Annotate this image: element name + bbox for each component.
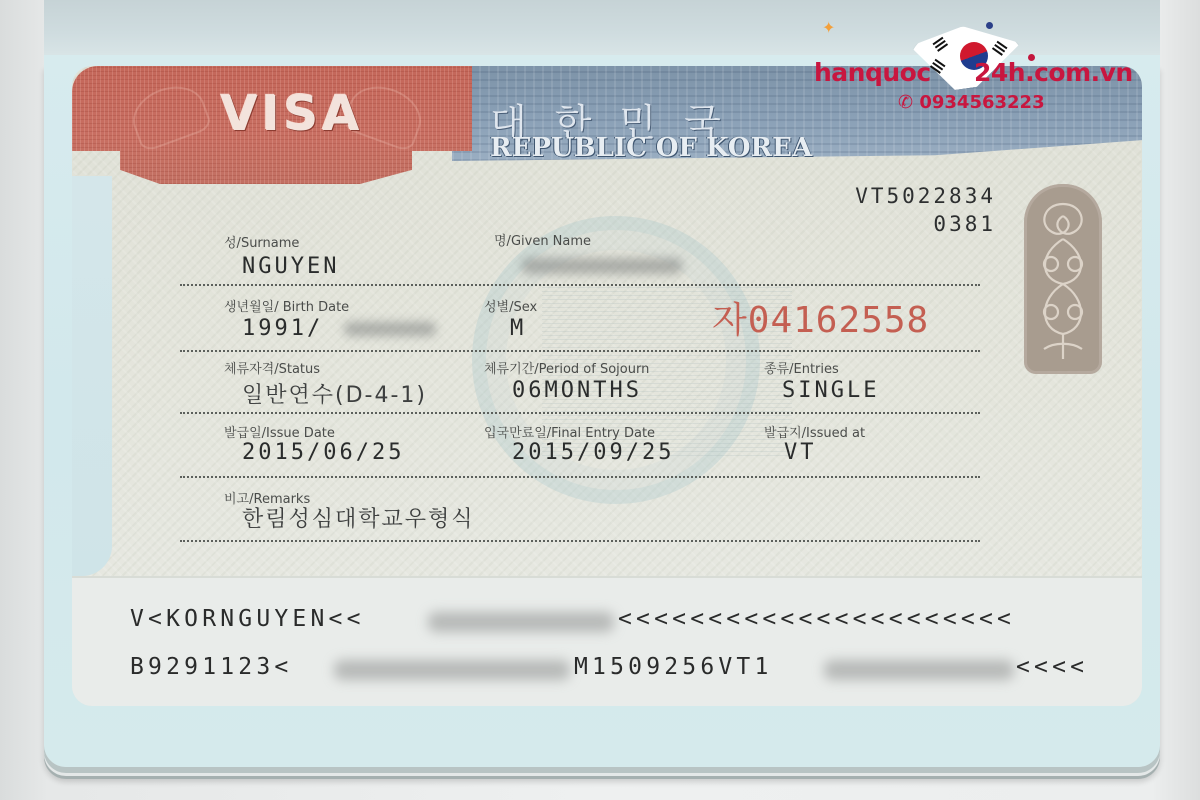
status-label: 체류자격/Status bbox=[224, 358, 320, 377]
mrz-line-2-prefix: B9291123< bbox=[130, 654, 292, 680]
final-entry-date-label: 입국만료일/Final Entry Date bbox=[484, 422, 655, 441]
mrz-line-1-suffix: <<<<<<<<<<<<<<<<<<<<<< bbox=[618, 606, 1015, 632]
birth-date-label: 생년월일/ Birth Date bbox=[224, 296, 349, 315]
mrz-line-2-suffix: <<<< bbox=[1016, 654, 1088, 680]
entries-label: 종류/Entries bbox=[764, 358, 839, 377]
issued-at-label: 발급지/Issued at bbox=[764, 422, 865, 441]
visa-badge: VISA bbox=[72, 66, 472, 184]
sex-label: 성별/Sex bbox=[484, 296, 537, 315]
mrz-line-2-redacted-b bbox=[824, 660, 1014, 680]
status-value: 일반연수(D-4-1) bbox=[242, 378, 427, 409]
mrz-line-2-middle: M1509256VT1 bbox=[574, 654, 773, 680]
divider bbox=[180, 350, 980, 352]
visa-sub-number: 0381 bbox=[792, 212, 996, 236]
divider bbox=[180, 284, 980, 286]
remarks-value: 한림성심대학교우형식 bbox=[242, 502, 475, 533]
divider bbox=[180, 540, 980, 542]
given-name-label: 명/Given Name bbox=[494, 230, 591, 249]
sticker-left-strip bbox=[72, 176, 112, 576]
period-of-sojourn-label: 체류기간/Period of Sojourn bbox=[484, 358, 649, 377]
visa-sticker: VISA 대한민국 REPUBLIC OF KOREA VT5022834 03… bbox=[72, 66, 1142, 706]
brand-name-left: hanquoc bbox=[814, 58, 931, 87]
issue-date-value: 2015/06/25 bbox=[242, 440, 404, 465]
birth-date-redacted bbox=[344, 322, 436, 336]
entries-value: SINGLE bbox=[782, 378, 879, 403]
surname-label: 성/Surname bbox=[224, 232, 299, 251]
phone-number: ✆ 0934563223 bbox=[898, 92, 1045, 113]
period-of-sojourn-value: 06MONTHS bbox=[512, 378, 642, 403]
site-watermark: ✦ hanquoc 24h.com.vn ✆ 0934563223 bbox=[810, 14, 1170, 114]
given-name-redacted bbox=[522, 258, 682, 274]
mrz-line-1-redacted bbox=[428, 612, 614, 632]
control-number: 자04162558 bbox=[712, 292, 929, 343]
issue-date-label: 발급일/Issue Date bbox=[224, 422, 335, 441]
sex-value: M bbox=[510, 316, 526, 341]
divider bbox=[180, 412, 980, 414]
visa-title: VISA bbox=[192, 86, 392, 142]
surname-value: NGUYEN bbox=[242, 254, 339, 279]
mrz-line-2-redacted-a bbox=[334, 660, 570, 680]
star-icon: ✦ bbox=[822, 18, 835, 37]
country-name-english: REPUBLIC OF KOREA bbox=[490, 133, 812, 163]
phone-value: 0934563223 bbox=[919, 92, 1044, 113]
birth-date-value: 1991/ bbox=[242, 316, 323, 341]
final-entry-date-value: 2015/09/25 bbox=[512, 440, 674, 465]
machine-readable-zone: V<KORNGUYEN<< <<<<<<<<<<<<<<<<<<<<<< B92… bbox=[72, 576, 1142, 706]
phone-icon: ✆ bbox=[898, 92, 919, 113]
dot-icon bbox=[986, 22, 993, 29]
issued-at-value: VT bbox=[784, 440, 817, 465]
divider bbox=[180, 476, 980, 478]
ornament-icon bbox=[1024, 184, 1102, 374]
brand-name-right: 24h.com.vn bbox=[974, 58, 1133, 87]
visa-number: VT5022834 bbox=[792, 184, 996, 208]
mrz-line-1-prefix: V<KORNGUYEN<< bbox=[130, 606, 365, 632]
